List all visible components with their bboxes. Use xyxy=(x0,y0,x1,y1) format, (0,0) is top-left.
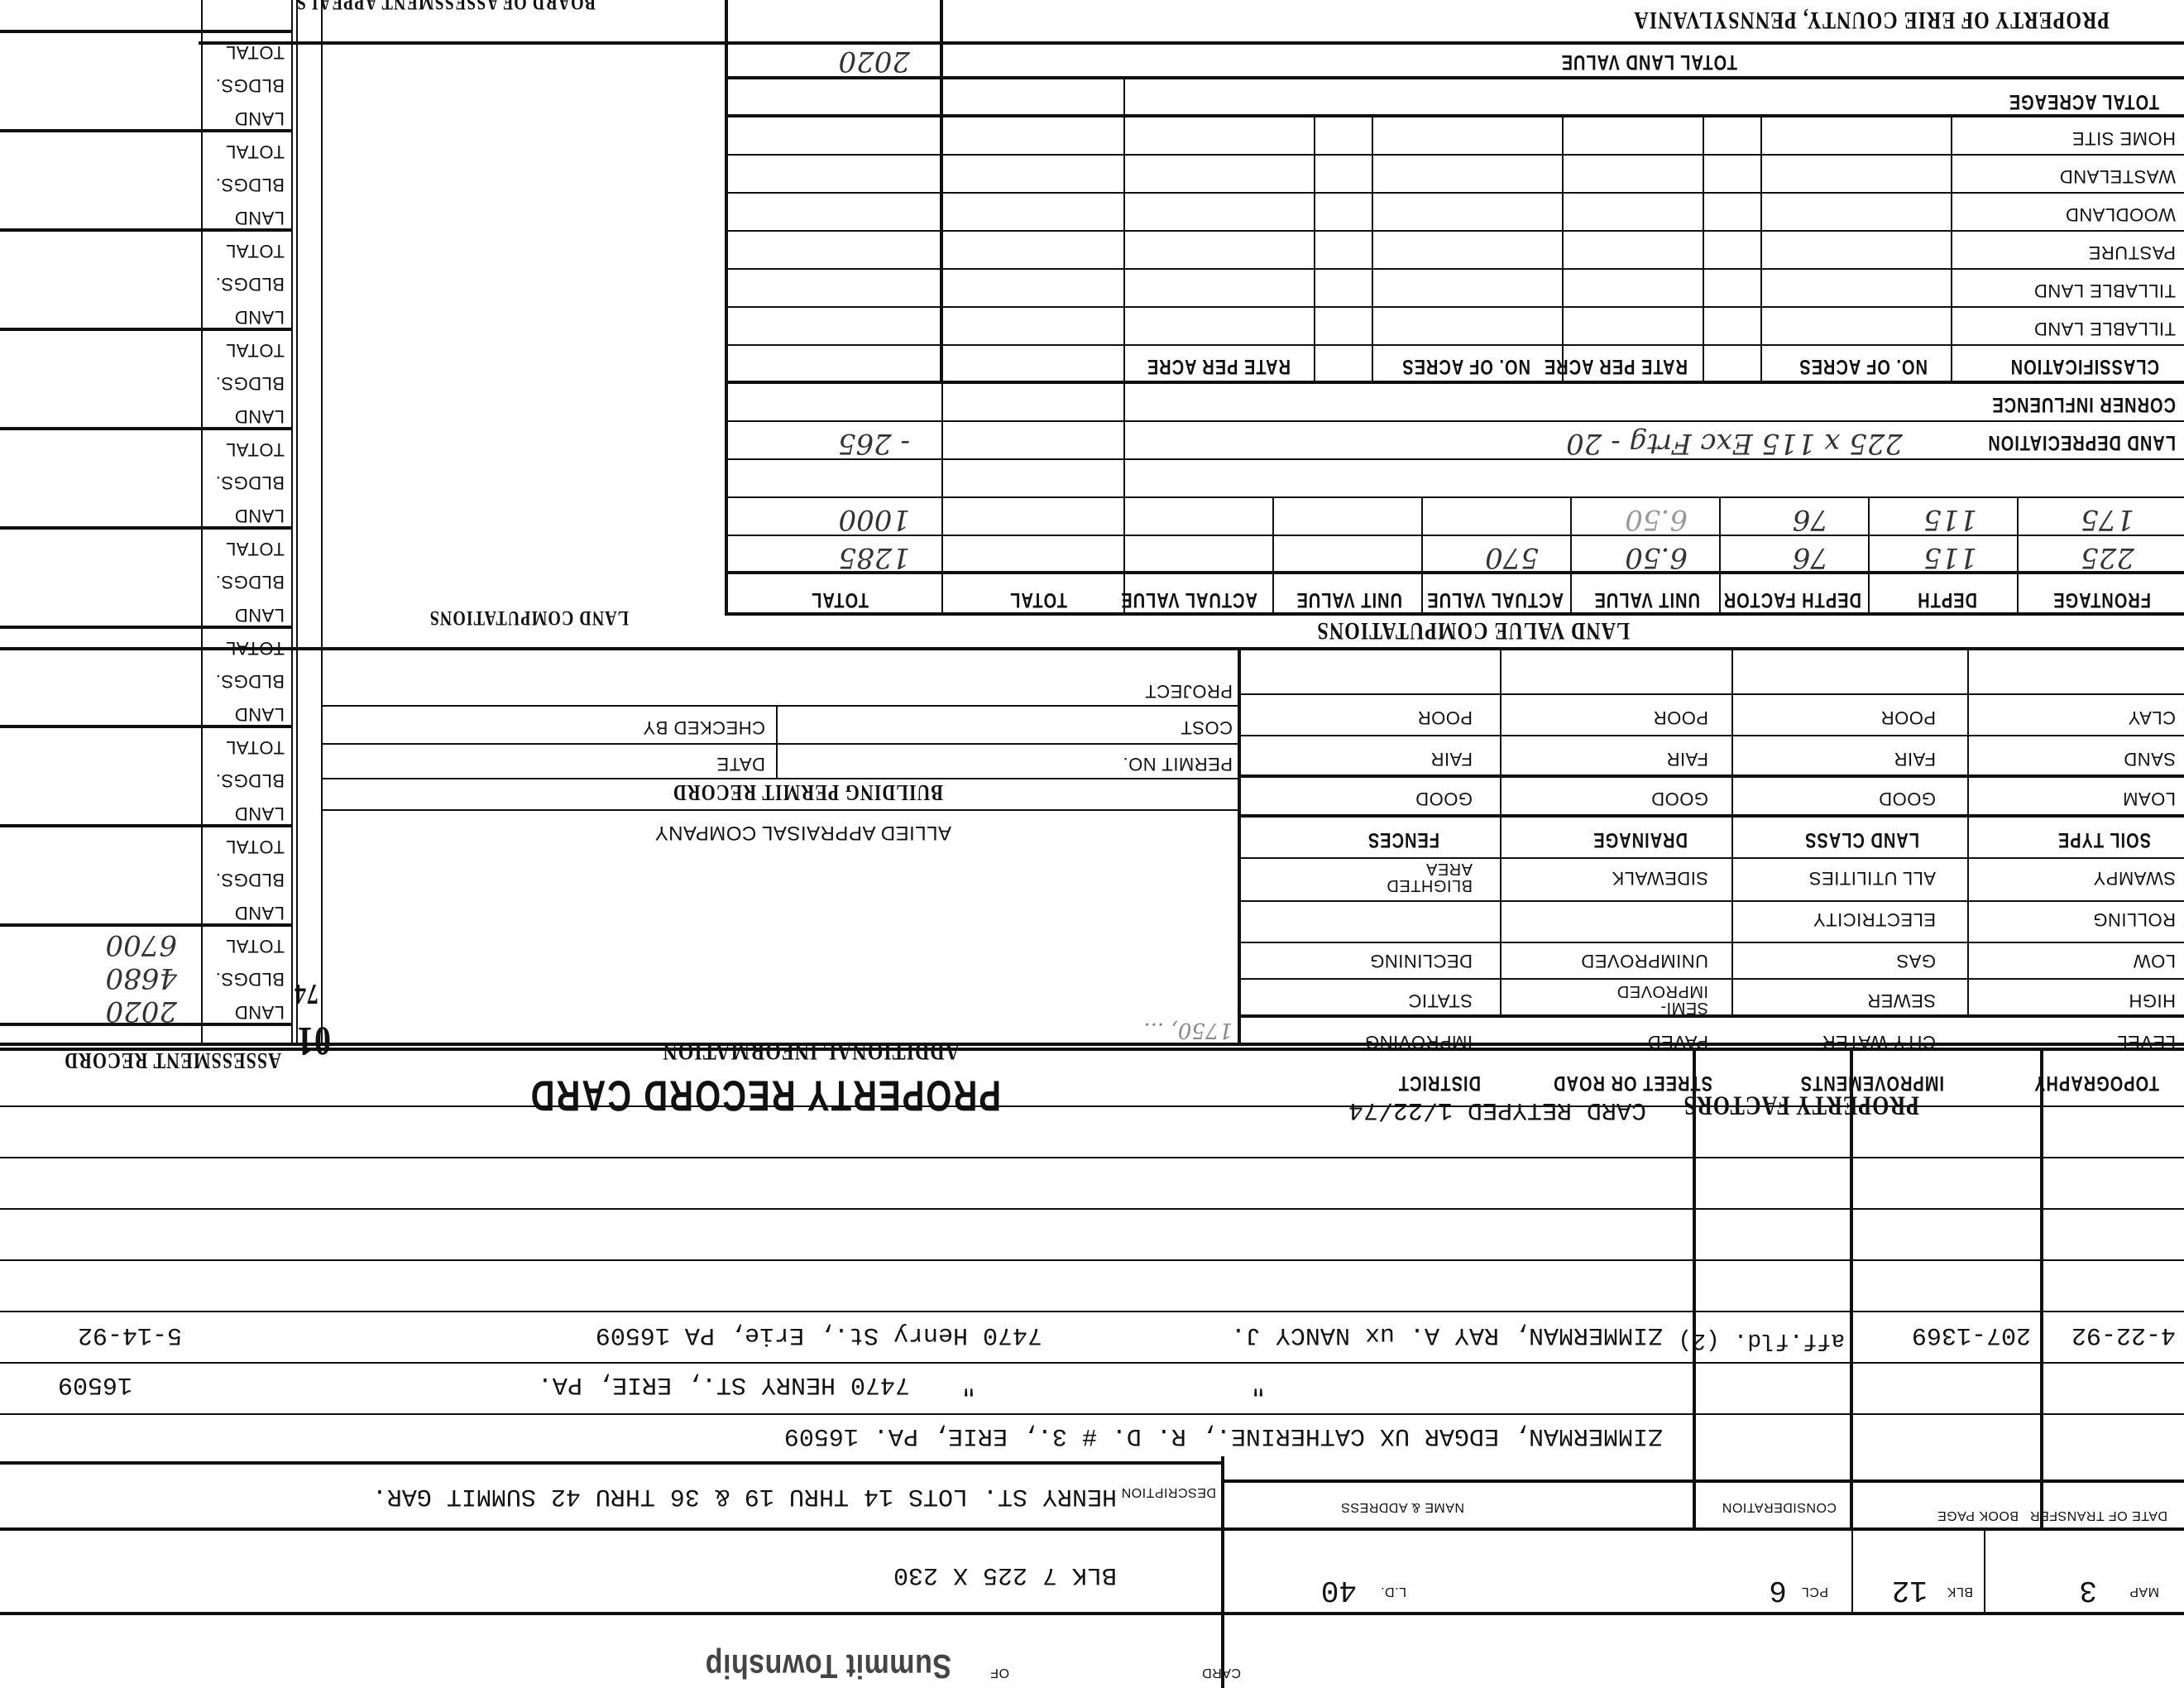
col-consideration: CONSIDERATION xyxy=(1722,1499,1837,1514)
owner-line: PROPERTY OF ERIE COUNTY, PENNSYLVANIA xyxy=(1633,5,2110,33)
col-date-of-transfer: DATE OF TRANSFER xyxy=(2029,1508,2167,1523)
checkbox-label: LEVEL xyxy=(2117,1031,2176,1053)
acreage-row-label: TILLABLE LAND xyxy=(2033,280,2176,301)
acreage-row-label: PASTURE xyxy=(2088,242,2176,263)
assessment-group: LAND BLDGS. TOTAL xyxy=(0,430,293,530)
assessment-group: LAND BLDGS. TOTAL xyxy=(0,331,293,430)
checked-by-label: CHECKED BY xyxy=(643,717,765,738)
acreage-row-label: WASTELAND xyxy=(2059,165,2176,187)
assessment-group: LAND BLDGS. TOTAL xyxy=(0,629,293,728)
property-factors-title: PROPERTY FACTORS xyxy=(1683,1090,1919,1121)
land-depreciation-label: LAND DEPRECIATION xyxy=(1987,429,2176,453)
total-land-value-label: TOTAL LAND VALUE xyxy=(1561,49,1737,73)
col-book-page: BOOK PAGE xyxy=(1937,1508,2019,1523)
land-value-title: LAND VALUE COMPUTATIONS xyxy=(1316,616,1630,644)
assessment-group: LAND BLDGS. TOTAL xyxy=(0,530,293,629)
stamp: 01 xyxy=(296,1017,331,1066)
assessment-year: 74 xyxy=(294,976,318,1009)
permit-cost-label: COST xyxy=(1181,717,1233,738)
building-permit-title: BUILDING PERMIT RECORD xyxy=(673,779,943,807)
description-line1: HENRY ST. LOTS 14 THRU 19 & 36 THRU 42 S… xyxy=(372,1482,1117,1510)
assessment-group: LAND 2020 BLDGS. 4680 TOTAL 6700 xyxy=(0,927,293,1026)
property-record-card: CARD OF Summit Township MAP 3 BLK 12 PCL… xyxy=(0,0,2184,1688)
assessment-group: LAND BLDGS. TOTAL xyxy=(0,30,293,132)
assessment-group: LAND BLDGS. TOTAL xyxy=(0,728,293,827)
of-label: OF xyxy=(990,1665,1009,1680)
assessment-group: LAND BLDGS. TOTAL xyxy=(0,827,293,927)
assessment-group: LAND BLDGS. TOTAL xyxy=(0,132,293,232)
permit-date-label: DATE xyxy=(716,753,765,774)
card-title: PROPERTY RECORD CARD xyxy=(529,1071,1001,1120)
assessment-title: ASSESSMENT RECORD xyxy=(64,1048,281,1075)
col-name-address: NAME & ADDRESS xyxy=(1341,1499,1464,1514)
handwritten-note: 1750, ... xyxy=(1144,1018,1233,1043)
project-label: PROJECT xyxy=(1145,680,1233,702)
land-computations-label: LAND COMPUTATIONS xyxy=(429,605,629,629)
assessment-group: LAND BLDGS. TOTAL xyxy=(0,232,293,331)
card-retyped: CARD RETYPED 1/22/74 xyxy=(1348,1096,1646,1124)
total-acreage-label: TOTAL ACREAGE xyxy=(2009,89,2159,113)
card-label: CARD xyxy=(1202,1665,1241,1680)
pcl-value: 6 xyxy=(1769,1573,1787,1607)
township-stamp: Summit Township xyxy=(705,1646,951,1685)
corner-influence-label: CORNER INFLUENCE xyxy=(1991,391,2176,415)
blk-value: 12 xyxy=(1892,1573,1928,1607)
board-of-appeals: BOARD OF ASSESSMENT APPEALS xyxy=(296,0,596,13)
total-land-value-amount: 2020 xyxy=(838,45,910,78)
allied-company: ALLIED APPRAISAL COMPANY xyxy=(654,821,951,844)
permit-no-label: PERMIT NO. xyxy=(1123,753,1233,774)
description-label: DESCRIPTION xyxy=(1121,1484,1216,1499)
land-depreciation-total: - 265 xyxy=(838,427,910,460)
land-depreciation-note: 225 x 115 Exc Frtg - 20 xyxy=(1566,427,1903,460)
acreage-row-label: TILLABLE LAND xyxy=(2033,318,2176,339)
acreage-row-label: HOME SITE xyxy=(2071,127,2176,149)
ld-value: 40 xyxy=(1321,1573,1357,1607)
description-line2: BLK 7 225 X 230 xyxy=(893,1561,1117,1589)
map-value: 3 xyxy=(2079,1573,2097,1607)
acreage-row-label: WOODLAND xyxy=(2065,204,2176,225)
additional-info-title: ADDITIONAL INFORMATION xyxy=(662,1036,960,1064)
